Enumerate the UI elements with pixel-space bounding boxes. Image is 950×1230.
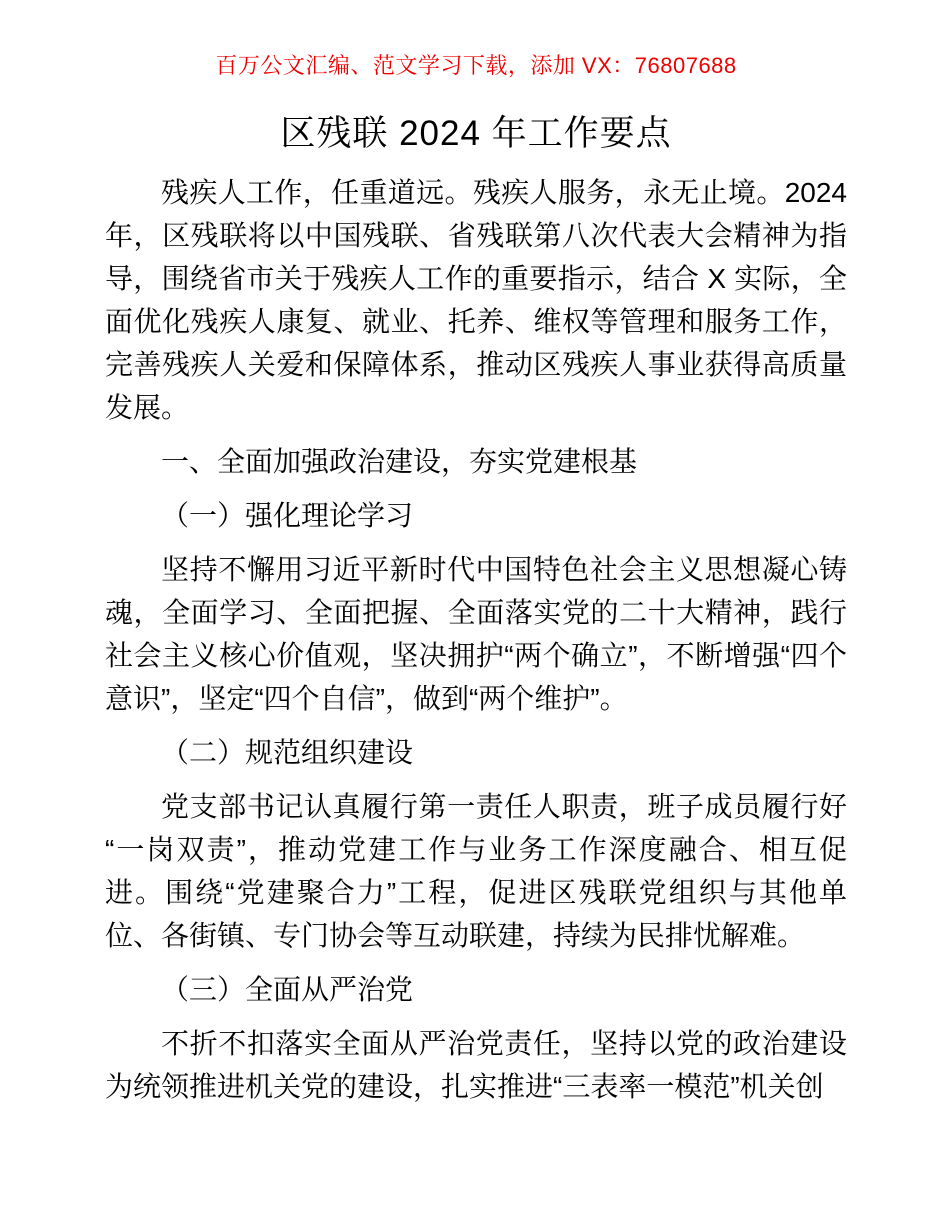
subsection-heading: （一）强化理论学习 <box>105 494 847 537</box>
section-heading: 一、全面加强政治建设，夯实党建根基 <box>105 440 847 483</box>
document-body: 残疾人工作，任重道远。残疾人服务，永无止境。2024 年，区残联将以中国残联、省… <box>105 171 847 1108</box>
document-title: 区残联 2024 年工作要点 <box>105 108 847 160</box>
subsection-heading: （三）全面从严治党 <box>105 968 847 1011</box>
paragraph: 不折不扣落实全面从严治党责任，坚持以党的政治建设为统领推进机关党的建设，扎实推进… <box>105 1022 847 1108</box>
paragraph: 党支部书记认真履行第一责任人职责，班子成员履行好“一岗双责”，推动党建工作与业务… <box>105 785 847 957</box>
paragraph: 残疾人工作，任重道远。残疾人服务，永无止境。2024 年，区残联将以中国残联、省… <box>105 171 847 429</box>
document-page: 百万公文汇编、范文学习下载，添加 VX：76807688 区残联 2024 年工… <box>0 0 950 1230</box>
paragraph: 坚持不懈用习近平新时代中国特色社会主义思想凝心铸魂，全面学习、全面把握、全面落实… <box>105 548 847 720</box>
subsection-heading: （二）规范组织建设 <box>105 731 847 774</box>
watermark-ad-text: 百万公文汇编、范文学习下载，添加 VX：76807688 <box>105 50 847 82</box>
